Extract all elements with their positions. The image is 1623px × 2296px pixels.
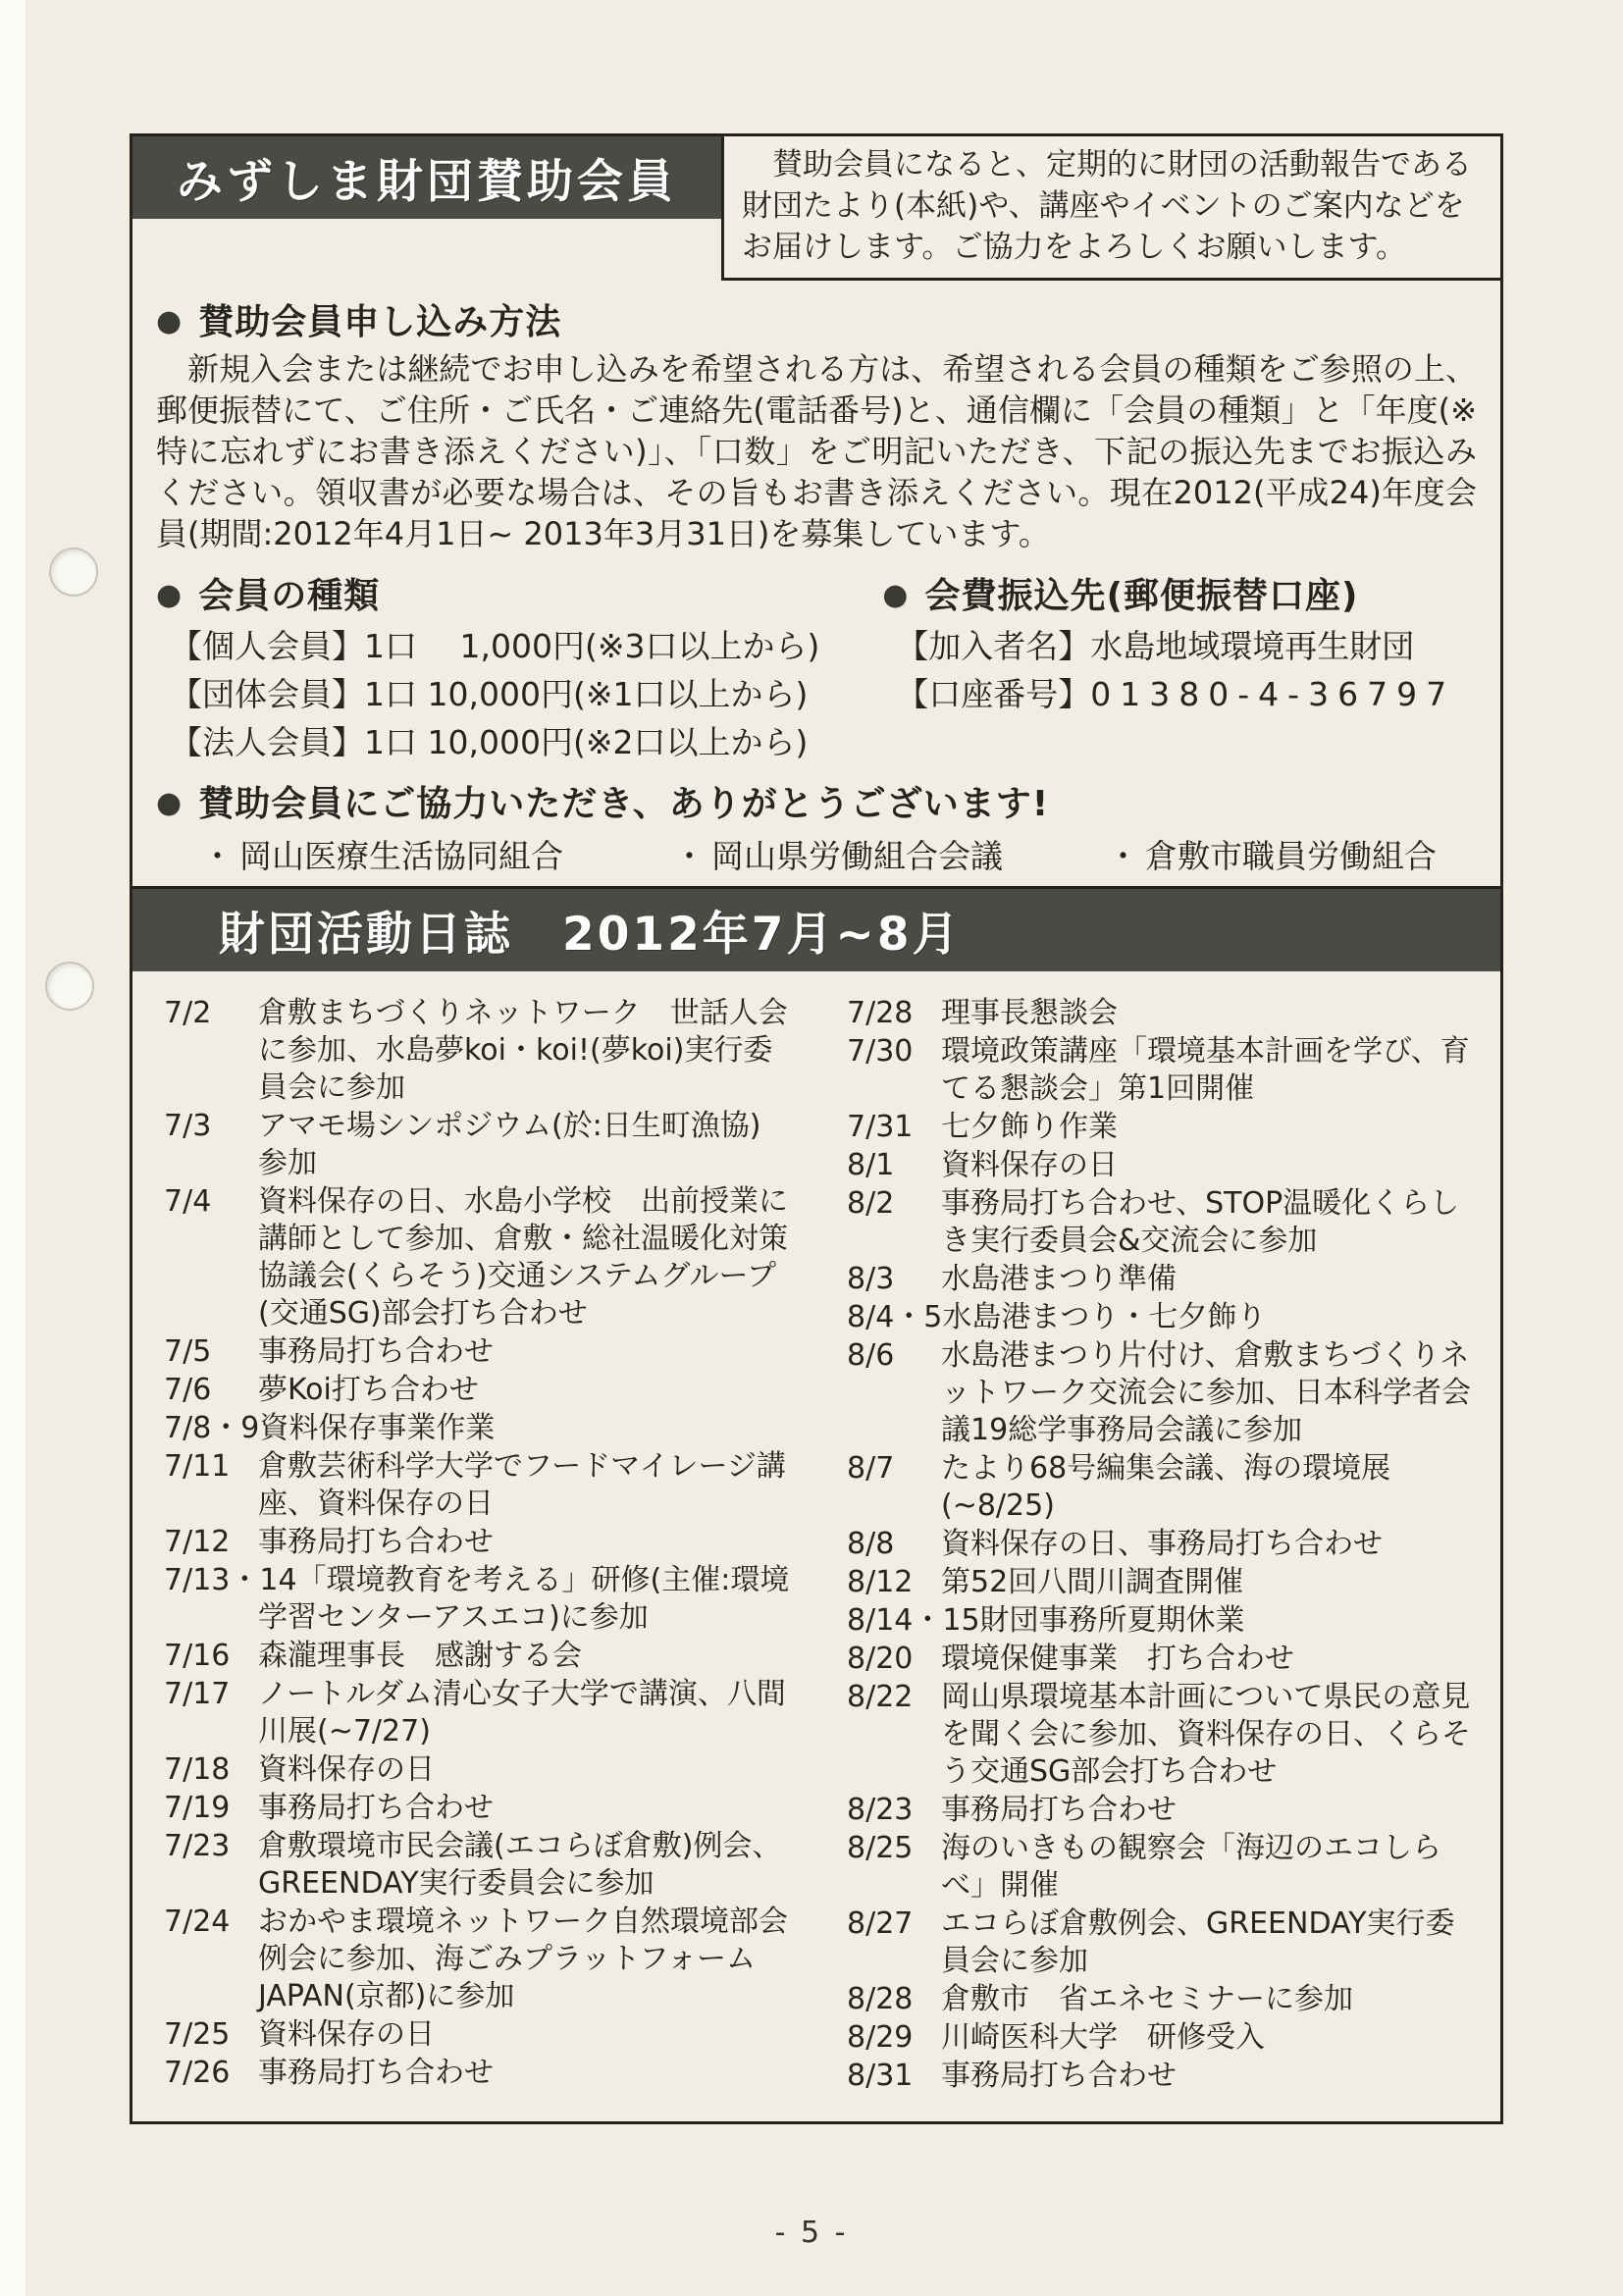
log-entry-date: 7/2 <box>164 995 258 1032</box>
log-entry-date: 8/4・5 <box>847 1299 942 1336</box>
supporter-item: ・岡山県労働組合会議 <box>673 830 1107 883</box>
activity-log-left-column: 7/2倉敷まちづくりネットワーク 世話人会に参加、水島夢koi・koi!(夢ko… <box>164 995 790 2096</box>
log-entry-date: 8/23 <box>847 1792 941 1829</box>
supporter-name: 岡山医療生活協同組合 <box>239 837 563 875</box>
log-entry-text: 事務局打ち合わせ <box>258 1791 494 1825</box>
log-entry-date: 7/5 <box>164 1333 258 1371</box>
log-entry: 8/23事務局打ち合わせ <box>847 1792 1473 1829</box>
payment-column: ●会費振込先(郵便振替口座) 【加入者名】水島地域環境再生財団 【口座番号】01… <box>882 558 1477 766</box>
log-entry: 8/7たより68号編集会議、海の環境展(~8/25) <box>847 1450 1473 1525</box>
log-entry-date: 7/11 <box>164 1448 258 1486</box>
supporter-name: 岡山県労働組合会議 <box>711 837 1003 875</box>
log-entry-text: 環境保健事業 打ち合わせ <box>941 1642 1294 1676</box>
log-entry: 7/6夢Koi打ち合わせ <box>164 1372 790 1409</box>
dot-icon: ・ <box>201 837 234 875</box>
supporter-item: ・倉敷市職員労働組合 <box>1107 830 1477 883</box>
log-entry-text: 資料保存事業作業 <box>259 1411 495 1445</box>
log-entry: 8/31事務局打ち合わせ <box>847 2058 1473 2095</box>
log-entry-text: 岡山県環境基本計画について県民の意見を聞く会に参加、資料保存の日、くらそう交通S… <box>941 1680 1471 1789</box>
log-entry-text: 事務局打ち合わせ <box>258 1334 494 1369</box>
log-entry: 7/2倉敷まちづくりネットワーク 世話人会に参加、水島夢koi・koi!(夢ko… <box>164 995 790 1107</box>
log-entry-text: 資料保存の日、事務局打ち合わせ <box>941 1527 1383 1561</box>
log-entry: 7/23倉敷環境市民会議(エコらぼ倉敷)例会、GREENDAY実行委員会に参加 <box>164 1828 790 1903</box>
dot-icon: ・ <box>1107 837 1139 875</box>
log-entry-date: 8/29 <box>847 2019 941 2057</box>
log-entry-text: 倉敷芸術科学大学でフードマイレージ講座、資料保存の日 <box>258 1449 786 1521</box>
log-entry-date: 8/14・15 <box>847 1602 980 1640</box>
log-entry-date: 8/12 <box>847 1564 941 1601</box>
log-entry: 7/11倉敷芸術科学大学でフードマイレージ講座、資料保存の日 <box>164 1448 790 1523</box>
log-entry: 7/25資料保存の日 <box>164 2016 790 2054</box>
log-entry-date: 7/26 <box>164 2055 258 2092</box>
log-entry: 8/28倉敷市 省エネセミナーに参加 <box>847 1981 1473 2018</box>
activity-log-right-column: 7/28理事長懇談会 7/30環境政策講座「環境基本計画を学び、育てる懇談会」第… <box>847 995 1473 2096</box>
log-entry-date: 7/18 <box>164 1751 258 1789</box>
membership-body: ●賛助会員申し込み方法 新規入会または継続でお申し込みを希望される方は、希望され… <box>132 281 1500 987</box>
log-entry-text: 資料保存の日 <box>941 1148 1118 1182</box>
page-number: - 5 - <box>0 2216 1623 2250</box>
application-body: 新規入会または継続でお申し込みを希望される方は、希望される会員の種類をご参照の上… <box>156 348 1477 554</box>
log-entry-date: 8/6 <box>847 1337 941 1375</box>
log-entry: 7/24おかやま環境ネットワーク自然環境部会例会に参加、海ごみプラットフォームJ… <box>164 1904 790 2015</box>
log-entry-text: 水島港まつり片付け、倉敷まちづくりネットワーク交流会に参加、日本科学者会議19総… <box>941 1338 1471 1447</box>
dot-icon: ・ <box>673 837 706 875</box>
log-entry-date: 7/17 <box>164 1676 258 1713</box>
log-entry: 8/6水島港まつり片付け、倉敷まちづくりネットワーク交流会に参加、日本科学者会議… <box>847 1337 1473 1449</box>
log-entry: 7/19事務局打ち合わせ <box>164 1790 790 1827</box>
payment-payee-value: 水島地域環境再生財団 <box>1090 627 1414 665</box>
payment-heading: ●会費振込先(郵便振替口座) <box>882 568 1477 618</box>
log-entry-date: 7/13・14 <box>164 1562 297 1599</box>
log-entry-date: 8/20 <box>847 1641 941 1678</box>
log-entry: 7/8・9資料保存事業作業 <box>164 1410 790 1447</box>
log-entry: 7/30環境政策講座「環境基本計画を学び、育てる懇談会」第1回開催 <box>847 1033 1473 1108</box>
application-heading-label: 賛助会員申し込み方法 <box>198 302 561 342</box>
log-entry-text: ノートルダム清心女子大学で講演、八間川展(~7/27) <box>258 1677 786 1748</box>
log-entry-date: 7/30 <box>847 1033 941 1070</box>
log-entry-date: 8/3 <box>847 1261 941 1298</box>
log-entry-date: 8/31 <box>847 2058 941 2095</box>
log-entry-date: 7/8・9 <box>164 1410 259 1447</box>
log-entry-text: 七夕飾り作業 <box>941 1110 1118 1144</box>
membership-columns: ●会員の種類 【個人会員】1口 1,000円(※3口以上から) 【団体会員】1口… <box>156 558 1477 766</box>
membership-title-bar: みずしま財団賛助会員 <box>132 136 721 219</box>
log-entry-text: 資料保存の日 <box>258 1752 435 1787</box>
log-entry-date: 7/6 <box>164 1372 258 1409</box>
punch-hole-top <box>49 548 98 597</box>
log-entry-text: 事務局打ち合わせ <box>258 1525 494 1559</box>
log-entry: 8/1資料保存の日 <box>847 1147 1473 1184</box>
log-entry-date: 8/25 <box>847 1830 941 1867</box>
thanks-heading: ●賛助会員にご協力いただき、ありがとうございます! <box>156 776 1477 826</box>
log-entry-text: 水島港まつり・七夕飾り <box>942 1300 1266 1334</box>
payment-account-label: 【口座番号】 <box>896 675 1090 713</box>
log-entry: 7/5事務局打ち合わせ <box>164 1333 790 1371</box>
log-entry-text: 川崎医科大学 研修受入 <box>941 2020 1265 2055</box>
log-entry-date: 8/7 <box>847 1450 941 1487</box>
payment-account-value: 01380-4-36797 <box>1090 675 1455 713</box>
member-types-column: ●会員の種類 【個人会員】1口 1,000円(※3口以上から) 【団体会員】1口… <box>156 558 882 766</box>
log-entry-text: 夢Koi打ち合わせ <box>258 1373 479 1407</box>
bullet-icon: ● <box>882 578 909 612</box>
log-entry-date: 7/23 <box>164 1828 258 1865</box>
log-entry-text: 資料保存の日 <box>258 2017 435 2052</box>
log-entry-text: おかやま環境ネットワーク自然環境部会例会に参加、海ごみプラットフォームJAPAN… <box>258 1905 788 2013</box>
thanks-heading-label: 賛助会員にご協力いただき、ありがとうございます! <box>198 784 1049 824</box>
log-entry: 8/12第52回八間川調査開催 <box>847 1564 1473 1601</box>
log-entry-date: 7/24 <box>164 1904 258 1941</box>
log-entry: 8/8資料保存の日、事務局打ち合わせ <box>847 1526 1473 1563</box>
bullet-icon: ● <box>156 578 183 612</box>
log-entry: 8/25海のいきもの観察会「海辺のエコしらべ」開催 <box>847 1830 1473 1905</box>
log-entry-text: 森瀧理事長 感謝する会 <box>258 1639 582 1673</box>
log-entry-date: 7/4 <box>164 1183 258 1221</box>
log-entry: 8/14・15財団事務所夏期休業 <box>847 1602 1473 1640</box>
bullet-icon: ● <box>156 786 183 820</box>
supporter-item: ・岡山医療生活協同組合 <box>201 830 673 883</box>
payment-payee: 【加入者名】水島地域環境再生財団 <box>882 622 1477 670</box>
payment-heading-label: 会費振込先(郵便振替口座) <box>924 576 1358 616</box>
log-entry-date: 8/8 <box>847 1526 941 1563</box>
activity-log-body: 7/2倉敷まちづくりネットワーク 世話人会に参加、水島夢koi・koi!(夢ko… <box>132 971 1500 2121</box>
log-entry: 7/12事務局打ち合わせ <box>164 1524 790 1561</box>
log-entry: 7/18資料保存の日 <box>164 1751 790 1789</box>
log-entry: 7/4資料保存の日、水島小学校 出前授業に講師として参加、倉敷・総社温暖化対策協… <box>164 1183 790 1332</box>
activity-log-section: 財団活動日誌 2012年7月~8月 7/2倉敷まちづくりネットワーク 世話人会に… <box>130 886 1503 2124</box>
log-entry-text: エコらぼ倉敷例会、GREENDAY実行委員会に参加 <box>941 1906 1455 1978</box>
types-heading: ●会員の種類 <box>156 568 882 618</box>
application-heading: ●賛助会員申し込み方法 <box>156 294 1477 344</box>
log-entry-text: たより68号編集会議、海の環境展(~8/25) <box>941 1451 1390 1523</box>
log-entry-date: 8/22 <box>847 1679 941 1716</box>
log-entry: 8/2事務局打ち合わせ、STOP温暖化くらしき実行委員会&交流会に参加 <box>847 1185 1473 1260</box>
log-entry-date: 7/12 <box>164 1524 258 1561</box>
log-entry-text: 事務局打ち合わせ、STOP温暖化くらしき実行委員会&交流会に参加 <box>941 1186 1459 1258</box>
log-entry-text: 海のいきもの観察会「海辺のエコしらべ」開催 <box>941 1831 1441 1903</box>
log-entry-text: 事務局打ち合わせ <box>941 2059 1177 2093</box>
member-type-item: 【個人会員】1口 1,000円(※3口以上から) <box>156 622 882 670</box>
log-entry-text: 事務局打ち合わせ <box>258 2056 494 2090</box>
log-entry: 7/3アマモ場シンポジウム(於:日生町漁協)参加 <box>164 1108 790 1182</box>
membership-section: みずしま財団賛助会員 賛助会員になると、定期的に財団の活動報告である財団たより(… <box>130 133 1503 990</box>
log-entry-date: 8/28 <box>847 1981 941 2018</box>
log-entry-date: 7/25 <box>164 2016 258 2054</box>
log-entry-text: 事務局打ち合わせ <box>941 1793 1177 1827</box>
log-entry: 8/29川崎医科大学 研修受入 <box>847 2019 1473 2057</box>
log-entry: 8/4・5水島港まつり・七夕飾り <box>847 1299 1473 1336</box>
log-entry: 8/22岡山県環境基本計画について県民の意見を聞く会に参加、資料保存の日、くらそ… <box>847 1679 1473 1791</box>
punch-hole-bottom <box>45 962 94 1011</box>
log-entry-text: 資料保存の日、水島小学校 出前授業に講師として参加、倉敷・総社温暖化対策協議会(… <box>258 1184 788 1331</box>
membership-header-row: みずしま財団賛助会員 賛助会員になると、定期的に財団の活動報告である財団たより(… <box>132 136 1500 281</box>
log-entry-text: 第52回八間川調査開催 <box>941 1565 1243 1599</box>
log-entry-text: アマモ場シンポジウム(於:日生町漁協)参加 <box>258 1109 760 1180</box>
member-types-list: 【個人会員】1口 1,000円(※3口以上から) 【団体会員】1口 10,000… <box>156 622 882 766</box>
log-entry-date: 8/2 <box>847 1185 941 1223</box>
log-entry: 8/3水島港まつり準備 <box>847 1261 1473 1298</box>
scan-margin <box>0 0 26 2296</box>
log-entry-text: 水島港まつり準備 <box>941 1262 1177 1296</box>
payment-account: 【口座番号】01380-4-36797 <box>882 670 1477 718</box>
log-entry-text: 環境政策講座「環境基本計画を学び、育てる懇談会」第1回開催 <box>941 1034 1470 1106</box>
log-entry: 7/13・14「環境教育を考える」研修(主催:環境学習センターアスエコ)に参加 <box>164 1562 790 1637</box>
bullet-icon: ● <box>156 304 183 339</box>
log-entry: 7/26事務局打ち合わせ <box>164 2055 790 2092</box>
activity-log-title-bar: 財団活動日誌 2012年7月~8月 <box>132 889 1500 971</box>
log-entry-date: 8/27 <box>847 1905 941 1943</box>
log-entry-text: 倉敷まちづくりネットワーク 世話人会に参加、水島夢koi・koi!(夢koi)実… <box>258 996 788 1105</box>
log-entry: 7/16森瀧理事長 感謝する会 <box>164 1638 790 1675</box>
log-entry-date: 8/1 <box>847 1147 941 1184</box>
supporter-name: 倉敷市職員労働組合 <box>1145 837 1437 875</box>
log-entry-date: 7/3 <box>164 1108 258 1145</box>
log-entry: 8/27エコらぼ倉敷例会、GREENDAY実行委員会に参加 <box>847 1905 1473 1980</box>
log-entry-date: 7/31 <box>847 1109 941 1146</box>
member-type-item: 【法人会員】1口 10,000円(※2口以上から) <box>156 718 882 766</box>
log-entry-text: 倉敷環境市民会議(エコらぼ倉敷)例会、GREENDAY実行委員会に参加 <box>258 1829 781 1901</box>
log-entry-text: 理事長懇談会 <box>941 996 1118 1030</box>
log-entry: 8/20環境保健事業 打ち合わせ <box>847 1641 1473 1678</box>
log-entry-text: 財団事務所夏期休業 <box>980 1603 1245 1638</box>
types-heading-label: 会員の種類 <box>198 576 380 616</box>
log-entry: 7/31七夕飾り作業 <box>847 1109 1473 1146</box>
log-entry-text: 「環境教育を考える」研修(主催:環境学習センターアスエコ)に参加 <box>258 1563 789 1635</box>
log-entry-date: 7/19 <box>164 1790 258 1827</box>
log-entry-date: 7/28 <box>847 995 941 1032</box>
payment-payee-label: 【加入者名】 <box>896 627 1090 665</box>
membership-intro-box: 賛助会員になると、定期的に財団の活動報告である財団たより(本紙)や、講座やイベン… <box>721 133 1503 281</box>
member-type-item: 【団体会員】1口 10,000円(※1口以上から) <box>156 670 882 718</box>
log-entry-date: 7/16 <box>164 1638 258 1675</box>
log-entry: 7/28理事長懇談会 <box>847 995 1473 1032</box>
log-entry: 7/17ノートルダム清心女子大学で講演、八間川展(~7/27) <box>164 1676 790 1750</box>
log-entry-text: 倉敷市 省エネセミナーに参加 <box>941 1982 1353 2016</box>
